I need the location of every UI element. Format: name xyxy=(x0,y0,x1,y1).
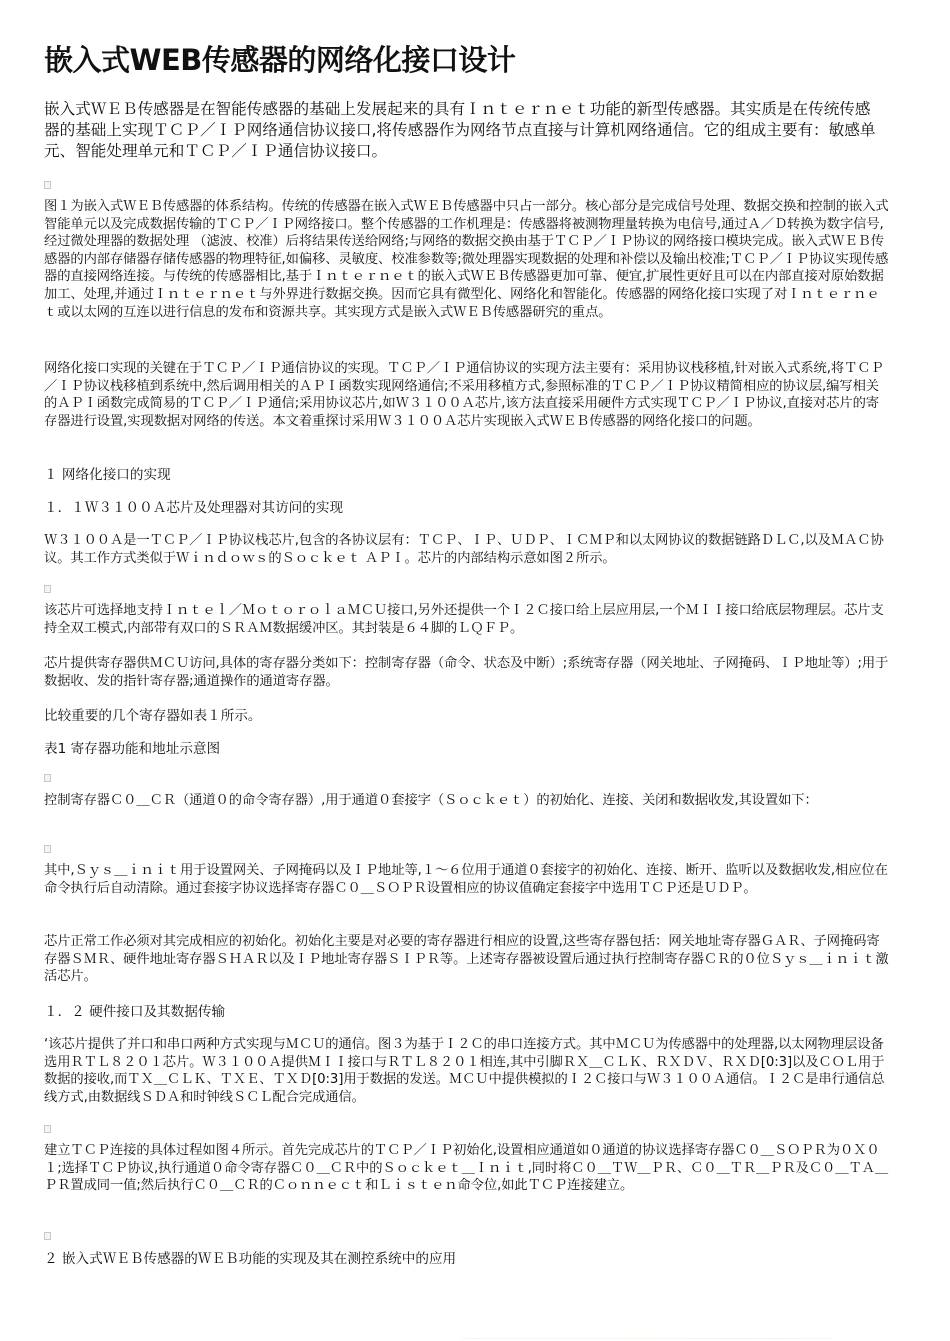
section-1-heading: １ 网络化接口的实现 xyxy=(44,466,171,484)
figure-3-image-placeholder-icon xyxy=(44,1125,51,1133)
table-1-image-placeholder-icon xyxy=(44,774,51,782)
paragraph-important-registers: 比较重要的几个寄存器如表１所示。 xyxy=(44,707,262,725)
paragraph-sys-init: 其中,Ｓｙｓ＿ｉｎｉｔ用于设置网关、子网掩码以及ＩＰ地址等,１～６位用于通道０套… xyxy=(44,862,889,897)
paragraph-initialization: 芯片正常工作必须对其完成相应的初始化。初始化主要是对必要的寄存器进行相应的设置,… xyxy=(44,933,889,986)
section-1-1-heading: １．１Ｗ３１００Ａ芯片及处理器对其访问的实现 xyxy=(44,499,343,517)
intro-paragraph: 嵌入式ＷＥＢ传感器是在智能传感器的基础上发展起来的具有Ｉｎｔｅｒｎｅｔ功能的新型… xyxy=(44,99,886,162)
document-title: 嵌入式WEB传感器的网络化接口设计 xyxy=(44,40,515,80)
table-1-caption: 表1 寄存器功能和地址示意图 xyxy=(44,740,220,758)
paragraph-registers: 芯片提供寄存器供ＭＣＵ访问,具体的寄存器分类如下：控制寄存器（命令、状态及中断）… xyxy=(44,655,889,690)
paragraph-architecture: 图１为嵌入式ＷＥＢ传感器的体系结构。传统的传感器在嵌入式ＷＥＢ传感器中只占一部分… xyxy=(44,198,889,321)
paragraph-hardware-interface: ‘该芯片提供了并口和串口两种方式实现与ＭＣＵ的通信。图３为基于Ｉ２Ｃ的串口连接方… xyxy=(44,1036,889,1106)
paragraph-w3100a: Ｗ３１００Ａ是一ＴＣＰ／ＩＰ协议栈芯片,包含的各协议层有：ＴＣＰ、ＩＰ、ＵＤＰ、… xyxy=(44,532,889,567)
figure-2-image-placeholder-icon xyxy=(44,585,51,593)
figure-4-image-placeholder-icon xyxy=(44,1232,51,1240)
section-1-2-heading: １．２ 硬件接口及其数据传输 xyxy=(44,1003,225,1021)
paragraph-chip-support: 该芯片可选择地支持Ｉｎｔｅｌ／ＭｏｔｏｒｏｌａＭＣＵ接口,另外还提供一个Ｉ２Ｃ接… xyxy=(44,602,889,637)
c0-cr-bits-image-placeholder-icon xyxy=(44,845,51,853)
paragraph-c0-cr: 控制寄存器Ｃ０＿ＣＲ（通道０的命令寄存器）,用于通道０套接字（Ｓｏｃｋｅｔ）的初… xyxy=(44,792,889,810)
footer-divider xyxy=(462,1338,832,1339)
figure-1-image-placeholder-icon xyxy=(44,181,51,189)
paragraph-key-implementation: 网络化接口实现的关键在于ＴＣＰ／ＩＰ通信协议的实现。ＴＣＰ／ＩＰ通信协议的实现方… xyxy=(44,360,889,430)
section-2-heading: ２ 嵌入式ＷＥＢ传感器的ＷＥＢ功能的实现及其在测控系统中的应用 xyxy=(44,1250,456,1268)
paragraph-tcp-connection: 建立ＴＣＰ连接的具体过程如图４所示。首先完成芯片的ＴＣＰ／ＩＰ初始化,设置相应通… xyxy=(44,1142,889,1195)
